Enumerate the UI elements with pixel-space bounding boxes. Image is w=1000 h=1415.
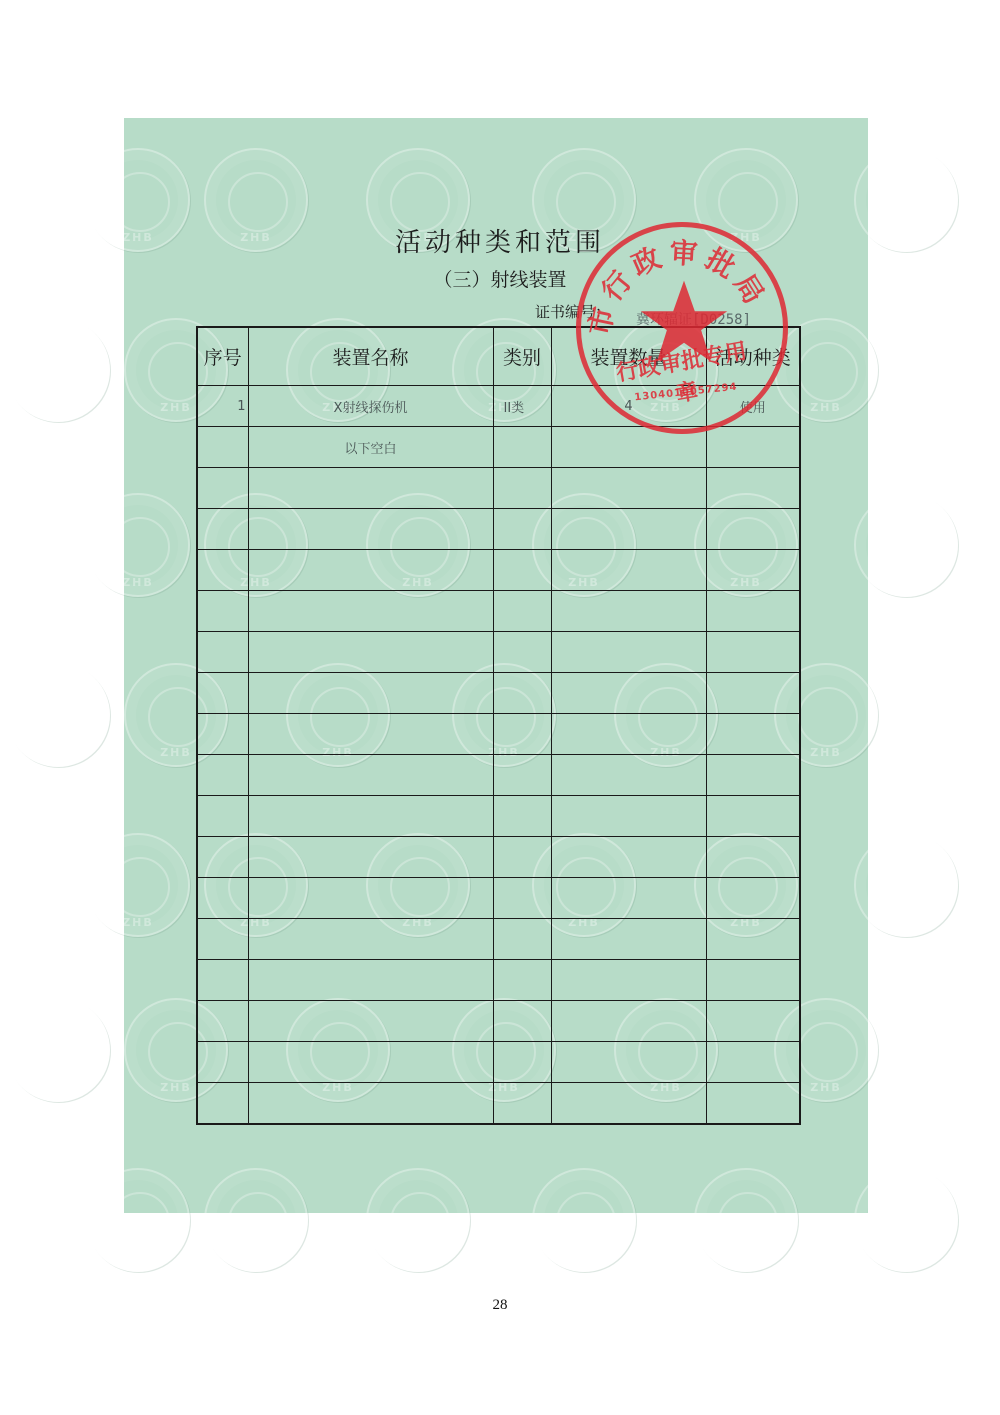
watermark-label: ZHB bbox=[890, 916, 922, 929]
header-class: 类别 bbox=[493, 327, 551, 386]
watermark-label: ZHB bbox=[810, 1081, 842, 1094]
header-quantity: 装置数量 bbox=[551, 327, 706, 386]
zhb-emblem-watermark: ZHB bbox=[86, 493, 190, 597]
watermark-label: ZHB bbox=[160, 1081, 192, 1094]
zhb-emblem-watermark: ZHB bbox=[6, 318, 110, 422]
watermark-label: ZHB bbox=[890, 576, 922, 589]
zhb-emblem-watermark: ZHB bbox=[6, 663, 110, 767]
zhb-emblem-watermark: ZHB bbox=[854, 493, 958, 597]
cell-quantity: 4 bbox=[551, 386, 706, 427]
watermark-label: ZHB bbox=[160, 401, 192, 414]
page-title: 活动种类和范围 bbox=[0, 222, 1000, 259]
watermark-label: ZHB bbox=[810, 746, 842, 759]
table-row-empty bbox=[197, 550, 800, 591]
cell-class: II类 bbox=[493, 386, 551, 427]
header-seq: 序号 bbox=[197, 327, 248, 386]
table-row-empty bbox=[197, 1042, 800, 1083]
zhb-emblem-watermark: ZHB bbox=[694, 1168, 798, 1272]
table-row-blank-note: 以下空白 bbox=[197, 427, 800, 468]
watermark-label: ZHB bbox=[42, 401, 74, 414]
watermark-label: ZHB bbox=[122, 916, 154, 929]
table-row-empty bbox=[197, 796, 800, 837]
table-row-empty bbox=[197, 837, 800, 878]
zhb-emblem-watermark: ZHB bbox=[854, 833, 958, 937]
table-row-empty bbox=[197, 591, 800, 632]
table-row-empty bbox=[197, 1001, 800, 1042]
zhb-emblem-watermark: ZHB bbox=[6, 998, 110, 1102]
device-table: 序号 装置名称 类别 装置数量 活动种类 1 X射线探伤机 II类 4 使用 以… bbox=[196, 326, 801, 1125]
header-activity: 活动种类 bbox=[706, 327, 800, 386]
table-row-empty bbox=[197, 632, 800, 673]
watermark-label: ZHB bbox=[122, 576, 154, 589]
table-row-empty bbox=[197, 755, 800, 796]
table-row-empty bbox=[197, 960, 800, 1001]
zhb-emblem-watermark: ZHB bbox=[532, 1168, 636, 1272]
cell-device-name: X射线探伤机 bbox=[248, 386, 493, 427]
header-device-name: 装置名称 bbox=[248, 327, 493, 386]
watermark-label: ZHB bbox=[810, 401, 842, 414]
watermark-label: ZHB bbox=[122, 1251, 154, 1264]
section-subtitle: （三）射线装置 bbox=[0, 265, 1000, 292]
table-header-row: 序号 装置名称 类别 装置数量 活动种类 bbox=[197, 327, 800, 386]
certificate-number-label: 证书编号： bbox=[535, 301, 610, 322]
watermark-label: ZHB bbox=[402, 1251, 434, 1264]
watermark-label: ZHB bbox=[240, 1251, 272, 1264]
table-row-empty bbox=[197, 878, 800, 919]
watermark-label: ZHB bbox=[890, 1251, 922, 1264]
zhb-emblem-watermark: ZHB bbox=[86, 1168, 190, 1272]
watermark-label: ZHB bbox=[160, 746, 192, 759]
zhb-emblem-watermark: ZHB bbox=[854, 1168, 958, 1272]
zhb-emblem-watermark: ZHB bbox=[366, 1168, 470, 1272]
table-row-empty bbox=[197, 509, 800, 550]
table-row-empty bbox=[197, 714, 800, 755]
table-row-empty bbox=[197, 919, 800, 960]
table-row-empty bbox=[197, 673, 800, 714]
watermark-label: ZHB bbox=[568, 1251, 600, 1264]
blank-below-note: 以下空白 bbox=[248, 427, 493, 468]
watermark-label: ZHB bbox=[730, 1251, 762, 1264]
zhb-emblem-watermark: ZHB bbox=[86, 833, 190, 937]
watermark-label: ZHB bbox=[42, 1081, 74, 1094]
table-row-empty bbox=[197, 468, 800, 509]
cell-seq: 1 bbox=[197, 386, 248, 427]
table-row-empty bbox=[197, 1083, 800, 1125]
watermark-label: ZHB bbox=[42, 746, 74, 759]
zhb-emblem-watermark: ZHB bbox=[204, 1168, 308, 1272]
table-row: 1 X射线探伤机 II类 4 使用 bbox=[197, 386, 800, 427]
cell-activity: 使用 bbox=[706, 386, 800, 427]
page-number: 28 bbox=[0, 1297, 1000, 1314]
